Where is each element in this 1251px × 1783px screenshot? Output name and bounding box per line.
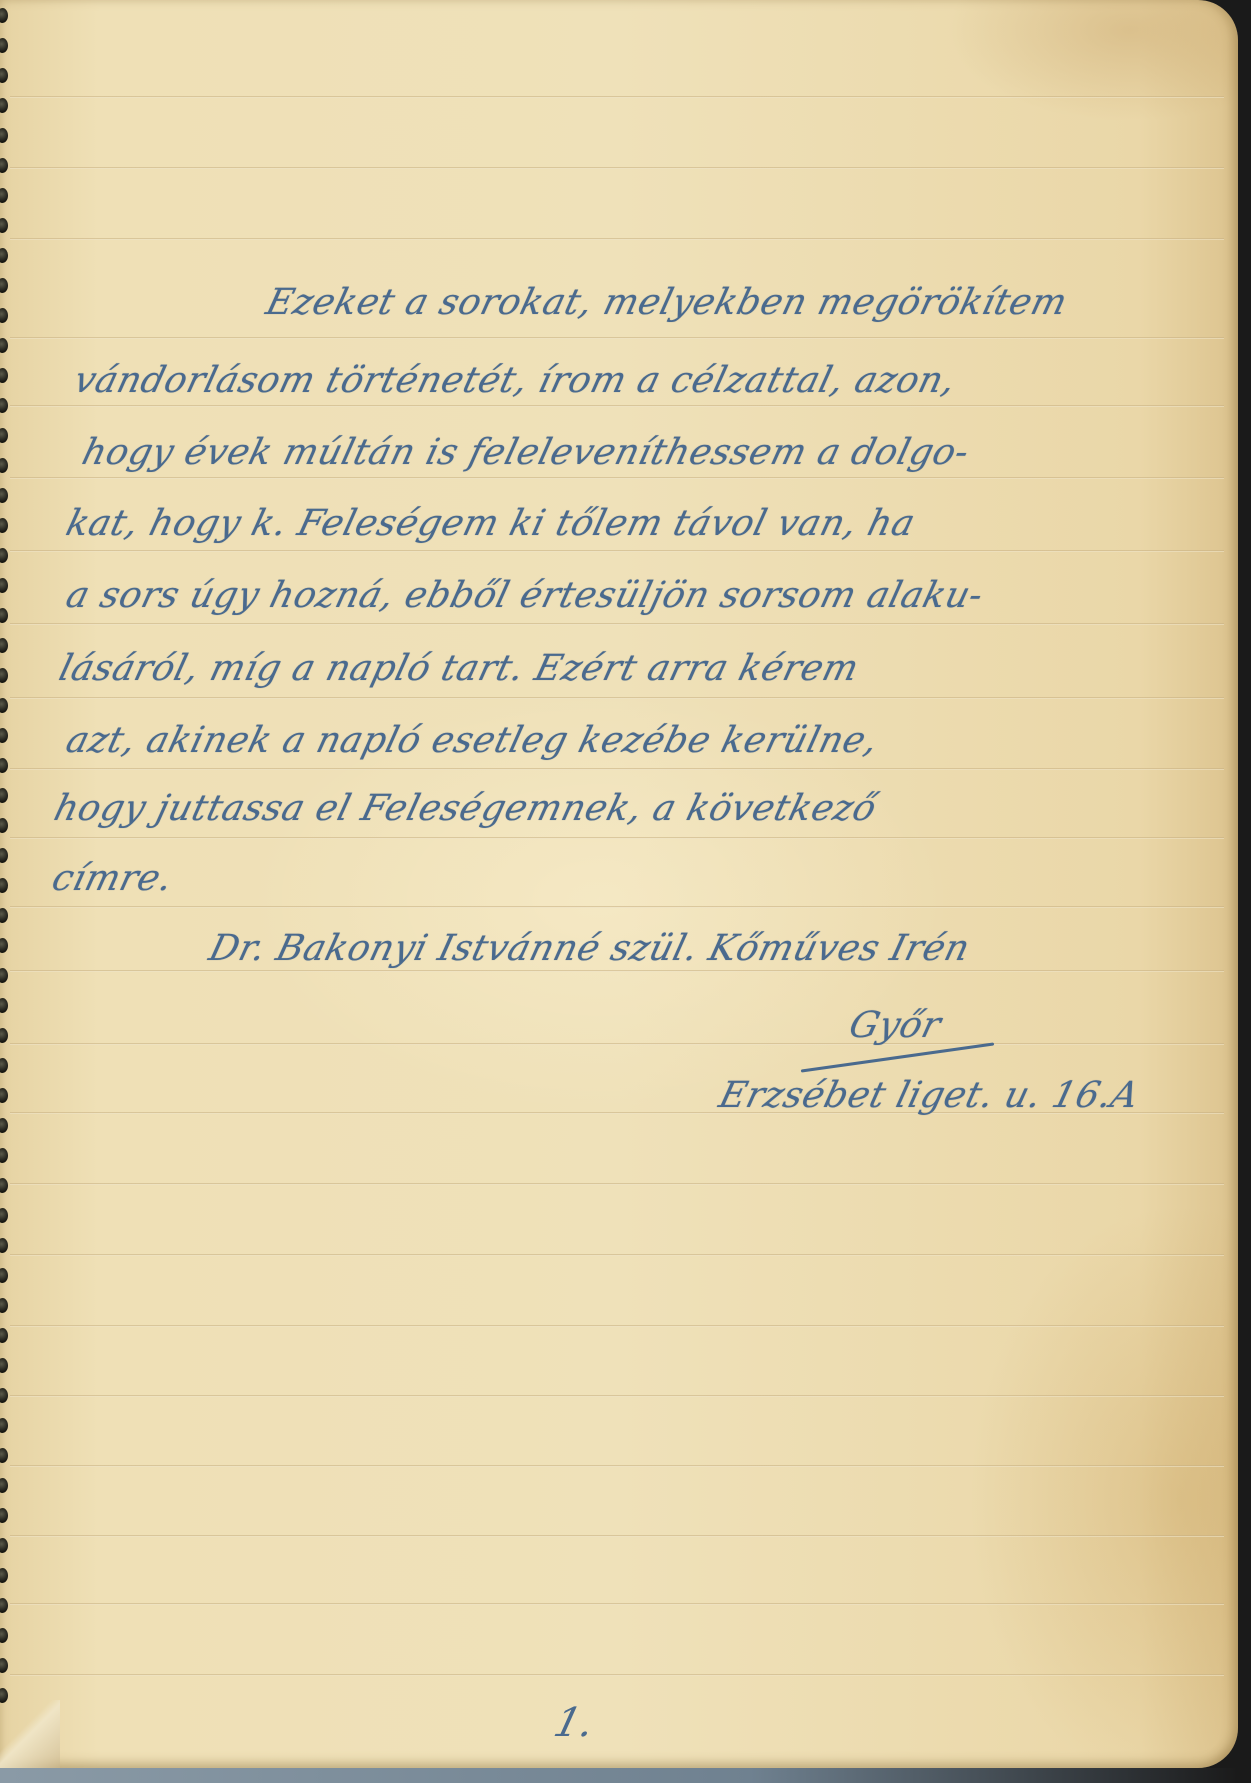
- spiral-hole: [0, 38, 8, 53]
- handwritten-line-9: címre.: [48, 858, 177, 899]
- spiral-hole: [0, 68, 8, 83]
- spiral-hole: [0, 1208, 8, 1223]
- spiral-hole: [0, 578, 8, 593]
- spiral-hole: [0, 368, 8, 383]
- notebook-page: Ezeket a sorokat, melyekben megörökítem …: [0, 0, 1238, 1768]
- spiral-hole: [0, 1148, 8, 1163]
- spiral-hole: [0, 1178, 8, 1193]
- spiral-hole: [0, 698, 8, 713]
- spiral-hole: [0, 128, 8, 143]
- spiral-hole: [0, 788, 8, 803]
- handwritten-line-5: a sors úgy hozná, ebből értesüljön sorso…: [62, 575, 987, 616]
- spiral-hole: [0, 98, 8, 113]
- signature-name: Dr. Bakonyi Istvánné szül. Kőműves Irén: [205, 928, 974, 969]
- handwritten-line-4: kat, hogy k. Feleségem ki tőlem távol va…: [62, 503, 919, 544]
- spiral-hole: [0, 1238, 8, 1253]
- spiral-hole: [0, 548, 8, 563]
- handwritten-line-8: hogy juttassa el Feleségemnek, a követke…: [50, 788, 881, 829]
- spiral-hole: [0, 1028, 8, 1043]
- spiral-hole: [0, 1358, 8, 1373]
- spiral-hole: [0, 518, 8, 533]
- spiral-hole: [0, 608, 8, 623]
- spiral-hole: [0, 398, 8, 413]
- spiral-hole: [0, 1598, 8, 1613]
- spiral-hole: [0, 878, 8, 893]
- spiral-hole: [0, 1508, 8, 1523]
- page-corner-fold: [0, 1700, 60, 1768]
- spiral-hole: [0, 1478, 8, 1493]
- spiral-hole: [0, 1568, 8, 1583]
- spiral-hole: [0, 938, 8, 953]
- spiral-hole: [0, 1628, 8, 1643]
- spiral-hole: [0, 248, 8, 263]
- spiral-hole: [0, 158, 8, 173]
- spiral-hole: [0, 338, 8, 353]
- background-surface: [0, 1768, 1251, 1783]
- spiral-hole: [0, 1088, 8, 1103]
- spiral-hole: [0, 1538, 8, 1553]
- spiral-hole: [0, 1268, 8, 1283]
- handwritten-line-7: azt, akinek a napló esetleg kezébe kerül…: [62, 720, 882, 761]
- spiral-hole: [0, 1418, 8, 1433]
- spiral-hole: [0, 998, 8, 1013]
- spiral-hole: [0, 968, 8, 983]
- spiral-hole: [0, 668, 8, 683]
- spiral-hole: [0, 818, 8, 833]
- spiral-hole: [0, 488, 8, 503]
- spiral-hole: [0, 8, 8, 23]
- handwritten-line-3: hogy évek múltán is feleleveníthessem a …: [78, 432, 973, 473]
- spiral-hole: [0, 1658, 8, 1673]
- spiral-hole: [0, 458, 8, 473]
- spiral-hole: [0, 1328, 8, 1343]
- spiral-hole: [0, 728, 8, 743]
- spiral-hole: [0, 428, 8, 443]
- spiral-hole: [0, 848, 8, 863]
- spiral-hole: [0, 1298, 8, 1313]
- handwritten-line-6: lásáról, míg a napló tart. Ezért arra ké…: [55, 648, 863, 689]
- spiral-hole: [0, 218, 8, 233]
- spiral-hole: [0, 758, 8, 773]
- spiral-hole: [0, 1058, 8, 1073]
- spiral-hole: [0, 1388, 8, 1403]
- spiral-hole: [0, 1448, 8, 1463]
- signature-address: Erzsébet liget. u. 16.A: [715, 1075, 1143, 1116]
- spiral-hole: [0, 908, 8, 923]
- ruled-lines: [10, 0, 1224, 1768]
- spiral-hole: [0, 188, 8, 203]
- handwritten-line-2: vándorlásom történetét, írom a célzattal…: [70, 360, 960, 401]
- spiral-hole: [0, 638, 8, 653]
- spiral-hole: [0, 1118, 8, 1133]
- spiral-binding: [0, 0, 14, 1768]
- signature-city: Győr: [845, 1005, 945, 1046]
- handwritten-line-1: Ezeket a sorokat, melyekben megörökítem: [262, 282, 1072, 323]
- spiral-hole: [0, 278, 8, 293]
- spiral-hole: [0, 308, 8, 323]
